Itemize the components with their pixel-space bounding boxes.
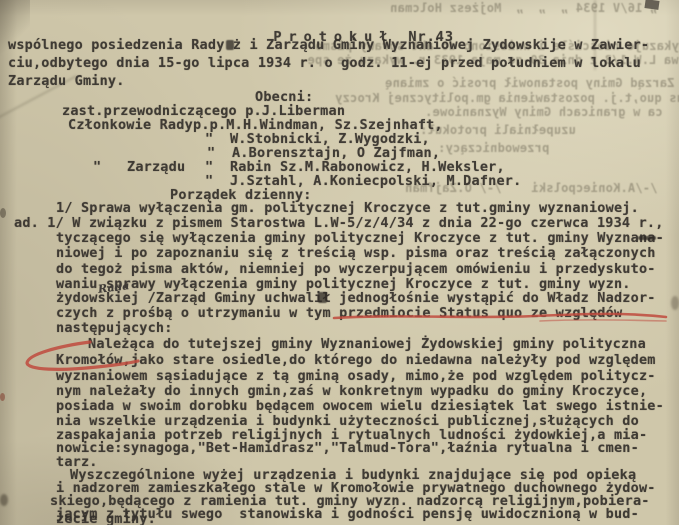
body-line: ad. 1/ W związku z pismem Starostwa L.W-… (14, 216, 664, 231)
intro-line: Zarządu Gminy. (8, 74, 125, 89)
document-page: „ 16/V 1934 „ „ „ Mojżesz Holcman fakt t… (0, 0, 679, 525)
attendee-role-label: Członkowie Rady (68, 118, 193, 133)
body-line: niowej i po zapoznaniu się z treścią wsp… (56, 246, 656, 261)
body-line: nym należały do innych gmin,zaś w konkre… (56, 384, 647, 399)
body-line: żecie gminy. (56, 512, 156, 525)
edge-stain (0, 208, 6, 218)
body-line: tyczącego się wyłączenia gminy polityczn… (56, 231, 664, 246)
ditto-mark: " (93, 160, 101, 175)
edge-stain (0, 494, 8, 506)
body-line: żydowskiej /Zarząd Gminy uchwalił jednog… (56, 291, 656, 306)
bleedthrough-text: sprawie zmiany granic Status quo,t.j. po… (335, 91, 679, 105)
body-line: następujących: (56, 321, 173, 336)
agenda-item: 1/ Sprawa wyłączenia gm. politycznej Kro… (56, 201, 639, 216)
overstrike-mark (638, 236, 656, 240)
body-line: Należąca do tutejszej gminy Wyznaniowej … (88, 337, 646, 352)
body-line: posiada w swoim dorobku będącem owocem w… (56, 399, 664, 414)
edge-stain (0, 393, 5, 401)
bleedthrough-text: ca w granicach Gminy Wyznaniowe. (425, 105, 663, 119)
intro-line: wspólnego posiedzenia Rady ż i Zarządu G… (8, 38, 649, 53)
body-line: wyznaniowem sąsiadujące z tą gminą osady… (56, 369, 656, 384)
overstrike-mark (226, 40, 234, 50)
intro-line: ciu,odbytego dnia 15-go lipca 1934 r. o … (8, 56, 641, 71)
body-line: do tegoż pisma aktów, niemniej po wyczer… (56, 262, 656, 277)
overstrike-mark (318, 292, 327, 303)
bleedthrough-text: uzupełniali protokuł: (420, 123, 576, 137)
bleedthrough-text: Za względów powyższych Zarząd Gminy post… (385, 76, 679, 90)
body-line: Kromołów,jako stare osiedle,do którego d… (56, 353, 656, 368)
bleedthrough-text: „ 16/V 1934 „ „ „ Mojżesz Holcman (390, 1, 657, 15)
attendee-role-label: Zarządu (127, 160, 185, 175)
body-line: czych z prośbą o utrzymaniu w tym przedm… (56, 306, 622, 321)
body-line: nowicie:synagoga,"Bet-Hamidrasz","Talmud… (56, 441, 639, 456)
bleedthrough-text: przewodniczący: (438, 141, 549, 155)
edge-stain (671, 296, 679, 310)
